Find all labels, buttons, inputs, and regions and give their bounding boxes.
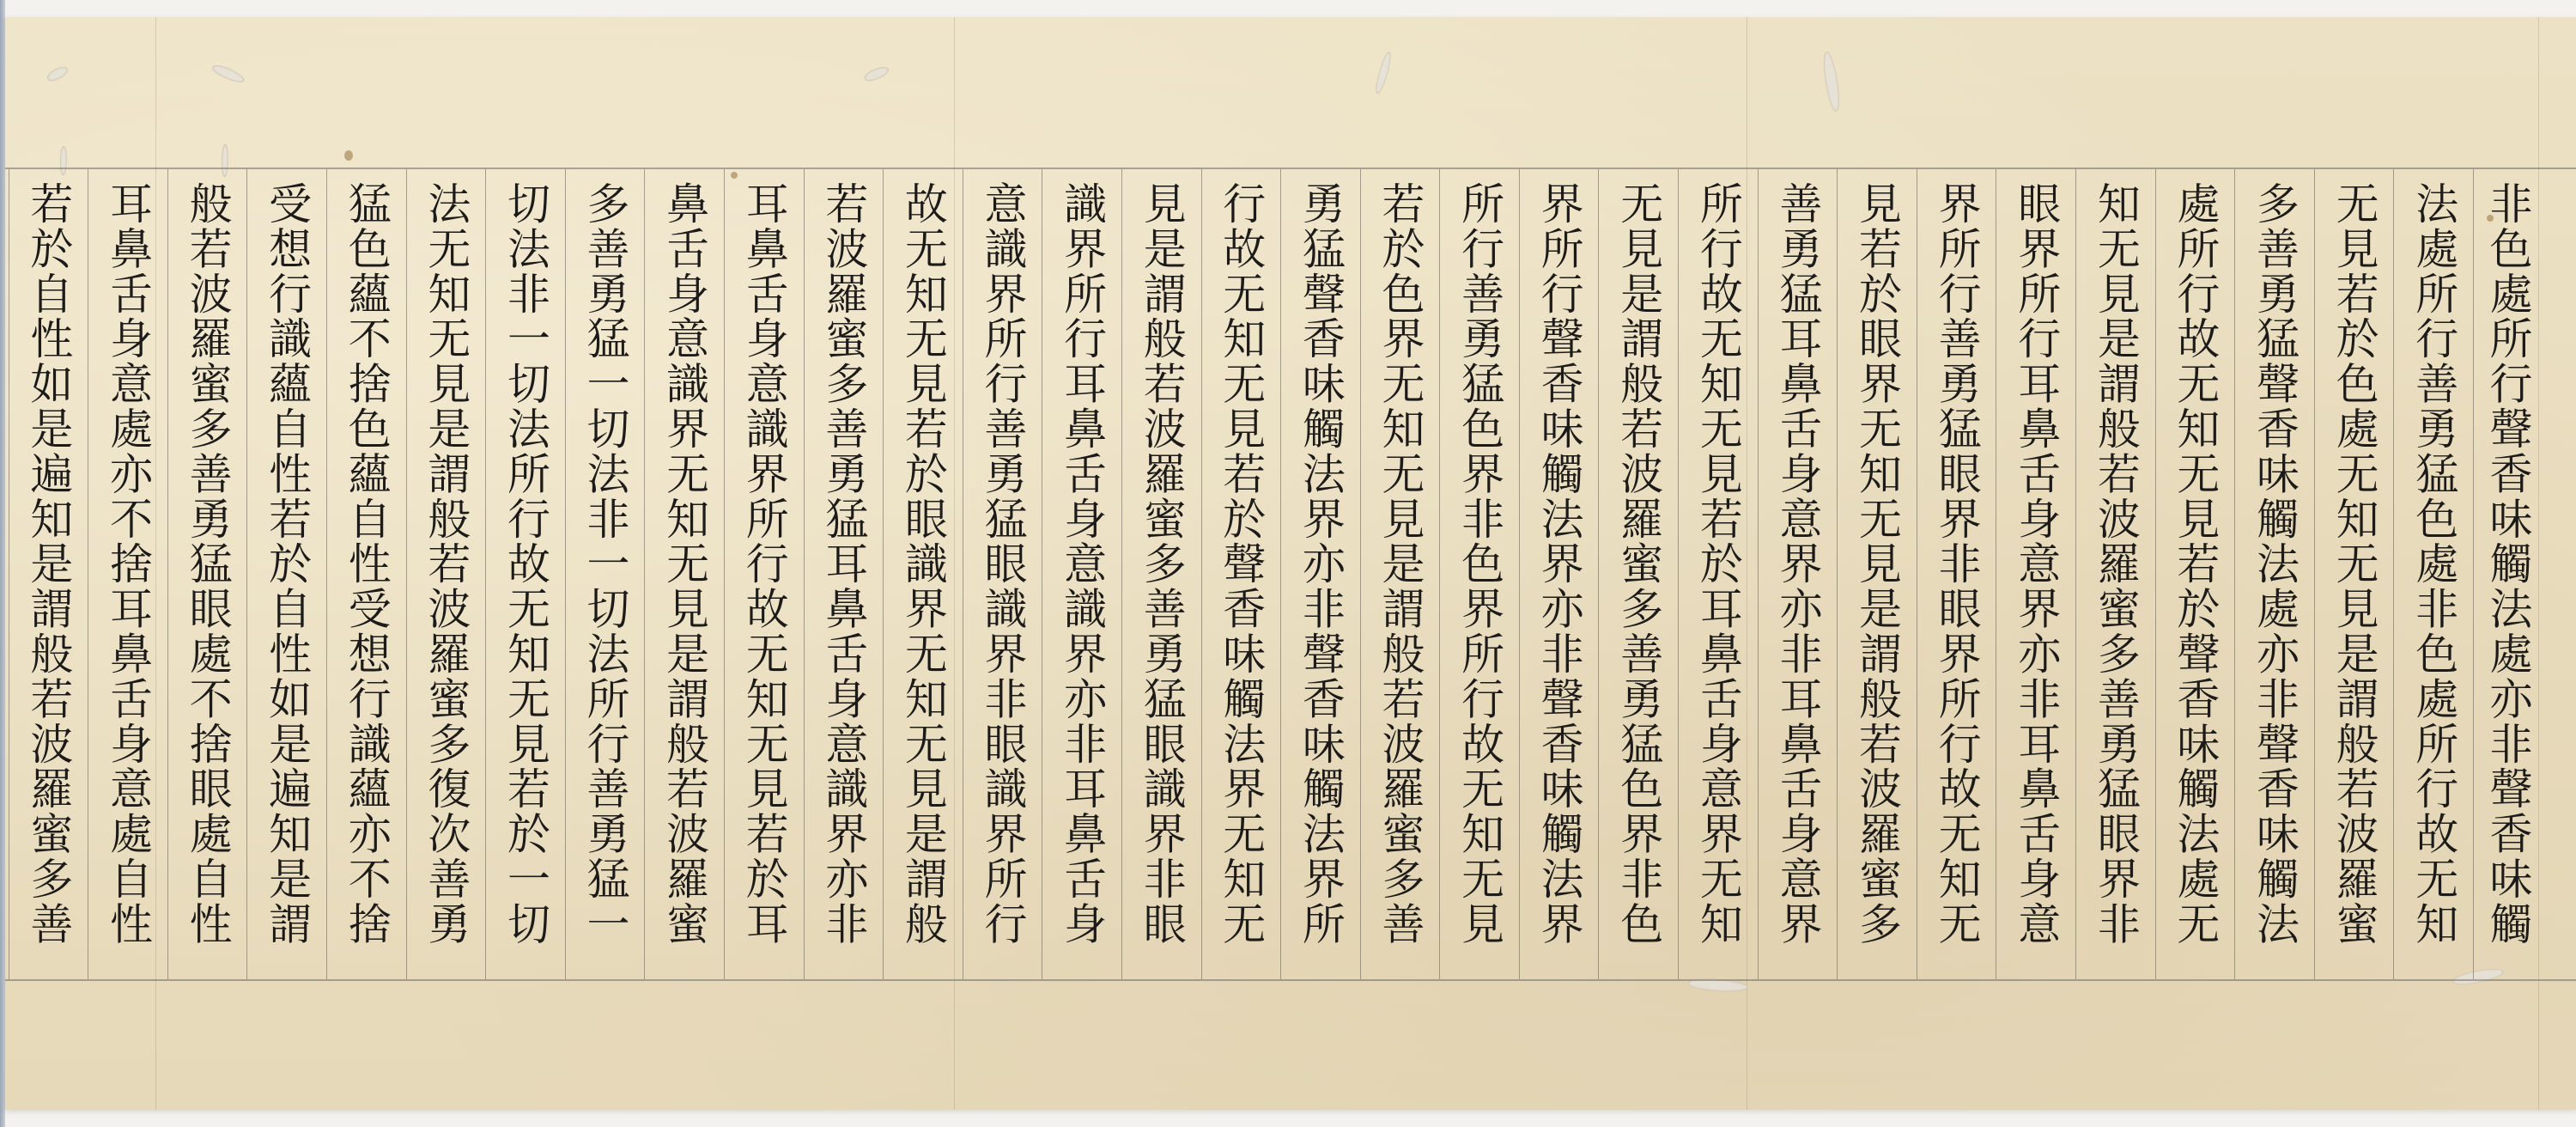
column-text: 見是謂般若波羅蜜多善勇猛眼識界非眼 xyxy=(1140,169,1183,979)
text-column: 勇猛聲香味觸法界亦非聲香味觸法界所 xyxy=(1280,169,1360,979)
column-text: 耳鼻舌身意識界所行故无知无見若於耳 xyxy=(743,169,786,979)
wormhole-damage xyxy=(863,64,890,83)
text-column: 鼻舌身意識界无知无見是謂般若波羅蜜 xyxy=(644,169,724,979)
text-column: 知无見是謂般若波羅蜜多善勇猛眼界非 xyxy=(2075,169,2155,979)
column-text: 无見若於色處无知无見是謂般若波羅蜜 xyxy=(2333,169,2376,979)
wormhole-damage xyxy=(1820,51,1843,112)
column-text: 若於自性如是遍知是謂般若波羅蜜多善 xyxy=(27,169,70,979)
text-column: 識界所行耳鼻舌身意識界亦非耳鼻舌身 xyxy=(1042,169,1121,979)
text-column: 見若於眼界无知无見是謂般若波羅蜜多 xyxy=(1837,169,1917,979)
column-text: 所行善勇猛色界非色界所行故无知无見 xyxy=(1458,169,1501,979)
column-text: 若於色界无知无見是謂般若波羅蜜多善 xyxy=(1378,169,1421,979)
column-text: 處所行故无知无見若於聲香味觸法處无 xyxy=(2173,169,2216,979)
wormhole-damage xyxy=(46,64,70,83)
text-column: 處所行故无知无見若於聲香味觸法處无 xyxy=(2155,169,2235,979)
column-text: 多善勇猛一切法非一切法所行善勇猛一 xyxy=(584,169,627,979)
text-column: 法處所行善勇猛色處非色處所行故无知 xyxy=(2393,169,2473,979)
text-column: 所行故无知无見若於耳鼻舌身意界无知 xyxy=(1678,169,1758,979)
column-text: 鼻舌身意識界无知无見是謂般若波羅蜜 xyxy=(663,169,706,979)
text-column: 見是謂般若波羅蜜多善勇猛眼識界非眼 xyxy=(1121,169,1201,979)
column-text: 受想行識蘊自性若於自性如是遍知是謂 xyxy=(265,169,308,979)
column-text: 行故无知无見若於聲香味觸法界无知无 xyxy=(1219,169,1262,979)
text-column: 般若波羅蜜多善勇猛眼處不捨眼處自性 xyxy=(167,169,247,979)
column-text: 所行故无知无見若於耳鼻舌身意界无知 xyxy=(1697,169,1740,979)
column-text: 界所行聲香味觸法界亦非聲香味觸法界 xyxy=(1538,169,1581,979)
text-column: 若於色界无知无見是謂般若波羅蜜多善 xyxy=(1360,169,1440,979)
column-text: 非色處所行聲香味觸法處亦非聲香味觸 xyxy=(2487,169,2530,979)
text-column: 意識界所行善勇猛眼識界非眼識界所行 xyxy=(963,169,1042,979)
text-columns: 非色處所行聲香味觸法處亦非聲香味觸 法處所行善勇猛色處非色處所行故无知 无見若於… xyxy=(0,169,2542,979)
column-text: 耳鼻舌身意處亦不捨耳鼻舌身意處自性 xyxy=(106,169,149,979)
text-column: 切法非一切法所行故无知无見若於一切 xyxy=(485,169,565,979)
wormhole-damage xyxy=(1374,52,1394,95)
stain-spot xyxy=(344,150,353,161)
text-column: 受想行識蘊自性若於自性如是遍知是謂 xyxy=(246,169,326,979)
column-text: 无見是謂般若波羅蜜多善勇猛色界非色 xyxy=(1617,169,1660,979)
text-column: 多善勇猛聲香味觸法處亦非聲香味觸法 xyxy=(2234,169,2314,979)
text-column: 若波羅蜜多善勇猛耳鼻舌身意識界亦非 xyxy=(804,169,884,979)
text-column: 非色處所行聲香味觸法處亦非聲香味觸 xyxy=(2473,169,2542,979)
text-column: 耳鼻舌身意識界所行故无知无見若於耳 xyxy=(724,169,804,979)
text-column: 善勇猛耳鼻舌身意界亦非耳鼻舌身意界 xyxy=(1758,169,1838,979)
column-text: 故无知无見若於眼識界无知无見是謂般 xyxy=(902,169,945,979)
text-column: 法无知无見是謂般若波羅蜜多復次善勇 xyxy=(406,169,486,979)
text-column: 多善勇猛一切法非一切法所行善勇猛一 xyxy=(565,169,645,979)
ruled-text-band: 非色處所行聲香味觸法處亦非聲香味觸 法處所行善勇猛色處非色處所行故无知 无見若於… xyxy=(5,168,2576,981)
column-text: 善勇猛耳鼻舌身意界亦非耳鼻舌身意界 xyxy=(1776,169,1819,979)
column-text: 切法非一切法所行故无知无見若於一切 xyxy=(504,169,547,979)
text-column: 勇猛色處不捨色處自性聲香味觸法處亦 xyxy=(0,169,9,979)
text-column: 界所行善勇猛眼界非眼界所行故无知无 xyxy=(1917,169,1996,979)
column-text: 知无見是謂般若波羅蜜多善勇猛眼界非 xyxy=(2094,169,2137,979)
column-text: 勇猛聲香味觸法界亦非聲香味觸法界所 xyxy=(1299,169,1342,979)
sutra-scroll: 非色處所行聲香味觸法處亦非聲香味觸 法處所行善勇猛色處非色處所行故无知 无見若於… xyxy=(5,17,2576,1110)
text-column: 猛色蘊不捨色蘊自性受想行識蘊亦不捨 xyxy=(326,169,406,979)
text-column: 无見若於色處无知无見是謂般若波羅蜜 xyxy=(2314,169,2394,979)
text-column: 界所行聲香味觸法界亦非聲香味觸法界 xyxy=(1519,169,1599,979)
column-text: 若波羅蜜多善勇猛耳鼻舌身意識界亦非 xyxy=(822,169,865,979)
text-column: 故无知无見若於眼識界无知无見是謂般 xyxy=(883,169,963,979)
column-text: 法无知无見是謂般若波羅蜜多復次善勇 xyxy=(424,169,467,979)
column-text: 意識界所行善勇猛眼識界非眼識界所行 xyxy=(981,169,1024,979)
column-text: 界所行善勇猛眼界非眼界所行故无知无 xyxy=(1935,169,1978,979)
column-text: 識界所行耳鼻舌身意識界亦非耳鼻舌身 xyxy=(1060,169,1103,979)
text-column: 耳鼻舌身意處亦不捨耳鼻舌身意處自性 xyxy=(88,169,167,979)
text-column: 行故无知无見若於聲香味觸法界无知无 xyxy=(1201,169,1281,979)
column-text: 猛色蘊不捨色蘊自性受想行識蘊亦不捨 xyxy=(345,169,388,979)
column-text: 法處所行善勇猛色處非色處所行故无知 xyxy=(2412,169,2455,979)
text-column: 若於自性如是遍知是謂般若波羅蜜多善 xyxy=(9,169,88,979)
column-text: 眼界所行耳鼻舌身意界亦非耳鼻舌身意 xyxy=(2014,169,2057,979)
column-text: 般若波羅蜜多善勇猛眼處不捨眼處自性 xyxy=(186,169,229,979)
text-column: 无見是謂般若波羅蜜多善勇猛色界非色 xyxy=(1598,169,1678,979)
column-text: 見若於眼界无知无見是謂般若波羅蜜多 xyxy=(1856,169,1899,979)
column-text: 多善勇猛聲香味觸法處亦非聲香味觸法 xyxy=(2253,169,2296,979)
wormhole-damage xyxy=(210,62,246,86)
text-column: 眼界所行耳鼻舌身意界亦非耳鼻舌身意 xyxy=(1996,169,2075,979)
text-column: 所行善勇猛色界非色界所行故无知无見 xyxy=(1439,169,1519,979)
